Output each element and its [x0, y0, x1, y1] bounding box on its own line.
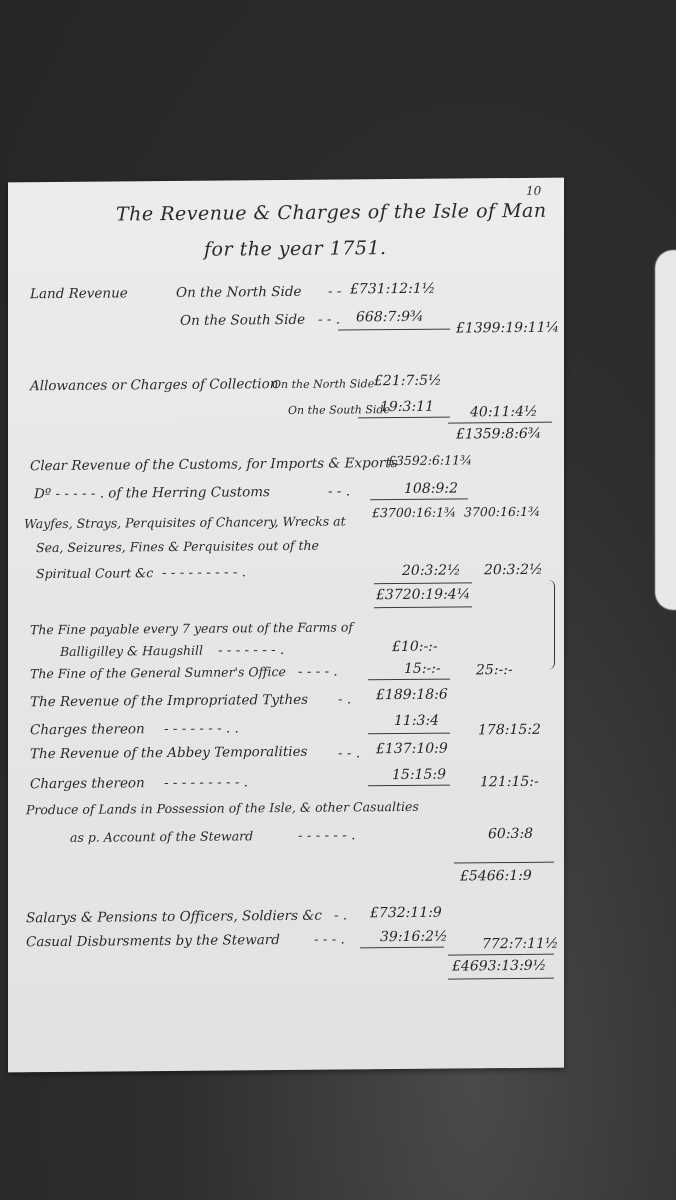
amount-col1: £3592:6:11¾	[388, 452, 472, 468]
entry-produce-lands: Produce of Lands in Possession of the Is…	[8, 178, 564, 183]
entry-abbey: The Revenue of the Abbey Temporalities -…	[8, 178, 564, 183]
entry-sub: On the South Side	[180, 312, 305, 329]
brace	[548, 580, 555, 670]
amount-col1: 15:-:-	[404, 661, 441, 677]
amount-col2: 20:3:2½	[484, 562, 543, 579]
amount-col1: 39:16:2½	[380, 929, 448, 946]
entry-label: The Revenue of the Impropriated Tythes	[30, 692, 308, 710]
entry-allowances-north: Allowances or Charges of Collection On t…	[8, 178, 564, 183]
amount-col1: 20:3:2½	[402, 562, 461, 579]
entry-sub: On the North Side	[272, 377, 374, 391]
amount-col1: £189:18:6	[376, 687, 448, 704]
tissue-paper	[655, 250, 676, 610]
entry-herring-customs: Dº - - - - - . of the Herring Customs - …	[8, 178, 564, 183]
entry-fine-farms: The Fine payable every 7 years out of th…	[8, 178, 564, 183]
amount-col1: £10:-:-	[392, 639, 438, 655]
entry-label: Allowances or Charges of Collection	[30, 376, 278, 394]
amount-col1: 19:3:11	[380, 399, 434, 415]
subtotal-rule	[448, 422, 552, 424]
entry-land-revenue-north: Land Revenue On the North Side - - £731:…	[8, 178, 564, 183]
entry-customs-total: £3700:16:1¾ 3700:16:1¾	[8, 178, 564, 183]
amount-col2: £5466:1:9	[460, 868, 532, 885]
entry-label: Charges thereon	[30, 721, 145, 738]
subtotal-rule	[338, 329, 450, 331]
amount-col1: 11:3:4	[394, 713, 439, 729]
entry-customs-grand-total: £3720:19:4¼	[8, 178, 564, 183]
entry-label-line2: Sea, Seizures, Fines & Perquisites out o…	[36, 538, 319, 555]
title-line-1: The Revenue & Charges of the Isle of Man	[116, 200, 547, 226]
entry-abbey-charges: Charges thereon - - - - - - - - - . 15:1…	[8, 178, 564, 183]
entry-label: Charges thereon	[30, 775, 145, 792]
entry-sub: On the South Side	[288, 403, 390, 417]
amount-col1: £731:12:1½	[350, 281, 435, 298]
entry-label-line3: Spiritual Court &c	[36, 565, 153, 581]
amount-col2: £4693:13:9½	[452, 958, 546, 975]
subtotal-rule	[374, 582, 472, 584]
amount-col2: 25:-:-	[476, 662, 513, 678]
amount-col1: 108:9:2	[404, 480, 458, 496]
amount-col2: £1359:8:6¾	[456, 426, 541, 443]
page-number: 10	[526, 184, 541, 198]
amount-col1: 15:15:9	[392, 767, 446, 783]
entry-gross-total: £5466:1:9	[8, 178, 564, 183]
subtotal-rule	[448, 954, 554, 956]
amount-col2: 40:11:4½	[470, 404, 538, 421]
amount-col2: 3700:16:1¾	[464, 504, 540, 520]
entry-net-land-revenue: £1359:8:6¾	[8, 178, 564, 183]
entry-label: Clear Revenue of the Customs, for Import…	[30, 455, 398, 474]
entry-tythes: The Revenue of the Impropriated Tythes -…	[8, 178, 564, 183]
manuscript-page: 10 The Revenue & Charges of the Isle of …	[8, 178, 564, 1073]
amount-col1: £137:10:9	[376, 741, 448, 758]
amount-col1: £3700:16:1¾	[372, 505, 456, 521]
entry-label: Casual Disbursments by the Steward	[26, 932, 280, 950]
title-line-2: for the year 1751.	[204, 237, 387, 261]
entry-label-line2: as p. Account of the Steward	[70, 828, 253, 845]
amount-col2: 60:3:8	[488, 826, 533, 842]
amount-col2: 178:15:2	[478, 722, 541, 739]
subtotal-rule	[368, 785, 450, 787]
entry-salaries: Salarys & Pensions to Officers, Soldiers…	[8, 178, 564, 183]
entry-customs: Clear Revenue of the Customs, for Import…	[8, 178, 564, 183]
entry-label: Produce of Lands in Possession of the Is…	[26, 799, 419, 817]
amount-col2: £1399:19:11¼	[456, 320, 559, 337]
entry-net-total: £4693:13:9½	[8, 178, 564, 183]
amount-col2: 772:7:11½	[482, 936, 558, 953]
entry-land-revenue-south: On the South Side - - . 668:7:9¾ £1399:1…	[8, 178, 564, 183]
subtotal-rule	[360, 947, 444, 949]
entry-label: The Revenue of the Abbey Temporalities	[30, 744, 308, 762]
entry-wayfes-strays: Wayfes, Strays, Perquisites of Chancery,…	[8, 178, 564, 183]
entry-fine-sumner: The Fine of the General Sumner's Office …	[8, 178, 564, 183]
subtotal-rule	[448, 978, 554, 980]
entry-label-line2: Balligilley & Haugshill	[60, 643, 203, 659]
entry-label: Land Revenue	[30, 285, 128, 302]
entry-label: Dº - - - - - . of the Herring Customs	[34, 484, 270, 502]
entry-label: The Fine of the General Sumner's Office	[30, 664, 286, 681]
subtotal-rule	[370, 498, 468, 500]
amount-col1: £732:11:9	[370, 905, 442, 922]
amount-col2: 121:15:-	[480, 774, 539, 791]
entry-tythes-charges: Charges thereon - - - - - - - . . 11:3:4…	[8, 178, 564, 183]
subtotal-rule	[368, 733, 450, 735]
entry-casual-disbursements: Casual Disbursments by the Steward - - -…	[8, 178, 564, 183]
subtotal-rule	[454, 862, 554, 864]
entry-sub: On the North Side	[176, 284, 301, 301]
subtotal-rule	[374, 606, 472, 608]
subtotal-rule	[368, 679, 450, 681]
subtotal-rule	[358, 417, 450, 419]
entry-label: Wayfes, Strays, Perquisites of Chancery,…	[24, 513, 346, 531]
amount-col1: £3720:19:4¼	[376, 586, 470, 603]
amount-col1: £21:7:5½	[374, 373, 442, 390]
entry-label: The Fine payable every 7 years out of th…	[30, 619, 353, 637]
amount-col1: 668:7:9¾	[356, 309, 424, 326]
entry-allowances-south: On the South Side 19:3:11 40:11:4½	[8, 178, 564, 183]
entry-label: Salarys & Pensions to Officers, Soldiers…	[26, 908, 322, 927]
